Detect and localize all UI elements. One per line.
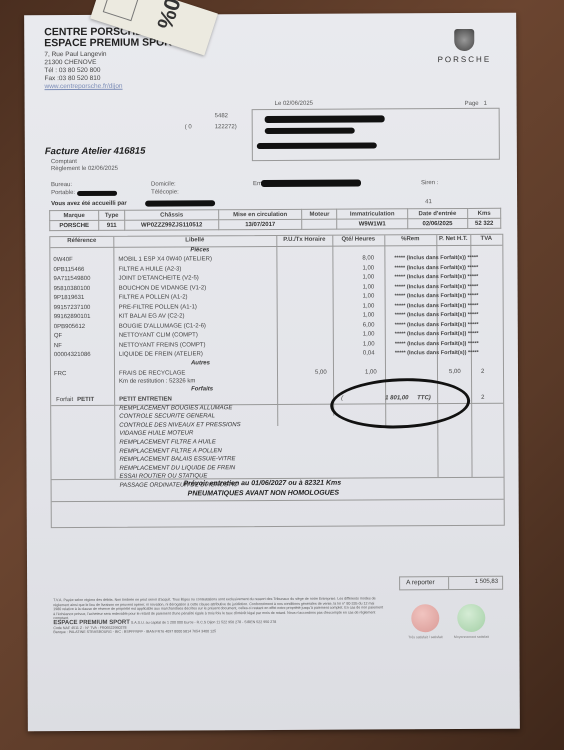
included-note: ***** (Inclus dans Forfait(s)) *****: [395, 312, 479, 318]
included-note: ***** (Inclus dans Forfait(s)) *****: [395, 340, 479, 346]
vehicle-header: Châssis: [125, 210, 219, 220]
vehicle-value: PORSCHE: [50, 220, 99, 230]
client-address-box: [252, 108, 500, 161]
legal-footer: T.V.A. Payée selon régime des débits. No…: [53, 596, 383, 634]
carry-forward-label: A reporter: [406, 579, 435, 586]
vehicle-header: Immatriculation: [337, 209, 407, 219]
part-quantity: 8,00: [362, 255, 374, 261]
legal-bank: Banque : PALATINE STRASBOURG - BIC : BSP…: [53, 629, 383, 635]
column-header: %Rem: [384, 236, 436, 242]
date-label: Le: [275, 101, 282, 107]
happy-face-icon: [457, 604, 485, 632]
part-quantity: 1,00: [363, 341, 375, 347]
unhappy-face-icon: [411, 604, 439, 632]
redaction: [257, 142, 377, 149]
part-reference: 9P1819631: [54, 295, 85, 301]
account-number: 122272): [215, 124, 237, 130]
included-note: ***** (Inclus dans Forfait(s)) *****: [395, 283, 479, 289]
column-header: Qté/ Heures: [332, 236, 384, 242]
redaction: [265, 115, 385, 123]
welcomed-by-label: Vous avez été accueilli par: [51, 201, 127, 207]
lines-header: RéférenceLibelléP.U./Tx HoraireQté/ Heur…: [50, 235, 502, 248]
carry-forward-box: A reporter 1 505,83: [399, 576, 503, 591]
part-reference: 9A711549800: [53, 276, 90, 282]
portable-label: Portable:: [51, 190, 75, 196]
part-reference: 0W40F: [53, 257, 72, 263]
column-header: Libellé: [113, 237, 276, 244]
forfait-detail: CONTROLE DES NIVEAUX ET PRESSIONS: [119, 422, 240, 429]
section-pieces: Pièces: [190, 247, 209, 253]
other-label: FRAIS DE RECYCLAGE: [119, 370, 185, 376]
part-quantity: 1,00: [363, 312, 375, 318]
part-label: BOUGIE D'ALLUMAGE (C1-2-6): [119, 323, 206, 329]
part-label: PRE-FILTRE POLLEN (A1-1): [119, 304, 197, 310]
included-note: ***** (Inclus dans Forfait(s)) *****: [395, 331, 479, 337]
vehicle-value: W9W1W1: [337, 219, 407, 229]
section-forfaits: Forfaits: [191, 386, 213, 392]
unhappy-face-label: Très satisfait / satisfait: [405, 635, 445, 639]
included-note: ***** (Inclus dans Forfait(s)) *****: [394, 264, 478, 270]
invoice-date: Le 02/06/2025: [275, 101, 313, 107]
part-label: NETTOYANT CLIM (COMPT): [119, 332, 198, 338]
vehicle-value: 02/06/2025: [407, 218, 467, 228]
part-reference: 95810380100: [54, 285, 91, 291]
part-reference: 00004321086: [54, 352, 91, 358]
vehicle-value: 13/07/2017: [219, 219, 302, 229]
part-quantity: 1,00: [363, 303, 375, 309]
other-unit-price: 5,00: [315, 369, 327, 375]
forfait-label: PETIT ENTRETIEN: [119, 396, 172, 402]
column-header: P.U./Tx Horaire: [276, 237, 332, 243]
vehicle-header: Type: [99, 210, 125, 220]
redaction: [265, 128, 355, 134]
forfait-detail: VIDANGE HUILE MOTEUR: [119, 431, 193, 437]
payment-date: Règlement le 02/06/2025: [51, 166, 118, 172]
vehicle-value: WP0ZZZ99ZJS110512: [125, 220, 219, 230]
part-quantity: 1,00: [363, 293, 375, 299]
vehicle-header: Kms: [468, 208, 501, 218]
date-value: 02/06/2025: [283, 101, 313, 107]
page-label: Page: [465, 101, 479, 107]
other-quantity: 1,00: [365, 369, 377, 375]
part-reference: 0PB905612: [54, 323, 85, 329]
domicile-label: Domicile:: [151, 182, 176, 188]
redaction: [77, 191, 117, 196]
redaction: [145, 200, 215, 206]
discount-sticker-icon: %0: [152, 0, 187, 33]
bureau-label: Bureau:: [51, 182, 72, 188]
included-note: ***** (Inclus dans Forfait(s)) *****: [395, 293, 479, 299]
company-address: 7, Rue Paul Langevin: [44, 51, 106, 59]
siren-label: Siren :: [421, 180, 438, 186]
column-header: Référence: [50, 238, 113, 244]
page-number: Page 1: [465, 101, 487, 107]
part-reference: 99162890101: [54, 314, 91, 320]
reference-number: 41: [425, 199, 432, 205]
vehicle-header: Mise en circulation: [218, 209, 301, 219]
invoice-page: CENTRE PORSCHE ESPACE PREMIUM SPORT 7, R…: [24, 13, 520, 732]
vehicle-header: Marque: [50, 210, 99, 220]
forfait-detail: CONTROLE SECURITE GENERAL: [119, 413, 215, 420]
legal-text: T.V.A. Payée selon régime des débits. No…: [53, 596, 383, 621]
forfait-detail: REMPLACEMENT DU LIQUIDE DE FREIN: [119, 465, 235, 472]
carry-forward-value: 1 505,83: [475, 579, 498, 585]
part-quantity: 1,00: [362, 265, 374, 271]
company-city: 21300 CHENOVE: [44, 59, 96, 67]
part-label: MOBIL 1 ESP X4 0W40 (ATELIER): [118, 256, 212, 262]
vehicle-value: 911: [99, 220, 125, 230]
part-label: LIQUIDE DE FREIN (ATELIER): [119, 351, 203, 357]
vehicle-header: Moteur: [302, 209, 337, 219]
forfait-detail: REMPLACEMENT BALAIS ESSUIE-VITRE: [119, 456, 235, 463]
account-open: ( 0: [185, 124, 192, 130]
page-value: 1: [484, 101, 487, 107]
forfait-detail: REMPLACEMENT FILTRE A POLLEN: [119, 448, 221, 455]
vehicle-header: Date d'entrée: [407, 208, 467, 218]
column-header: P. Net H.T.: [436, 236, 470, 242]
forfait-tva: 2: [481, 394, 484, 400]
part-quantity: 1,00: [362, 274, 374, 280]
other-reference: FRC: [54, 371, 66, 377]
column-header: TVA: [470, 236, 502, 242]
part-quantity: 0,04: [363, 350, 375, 356]
part-quantity: 1,00: [363, 284, 375, 290]
forfait-detail: REMPLACEMENT BOUGIES ALLUMAGE: [119, 405, 232, 412]
redaction: [261, 180, 361, 188]
other-net: 5,00: [449, 369, 461, 375]
included-note: ***** (Inclus dans Forfait(s)) *****: [394, 255, 478, 261]
part-reference: QF: [54, 333, 62, 339]
legal-company-detail: S.A.S.U. au capital de 1 200 000 Euros -…: [131, 620, 276, 625]
part-quantity: 6,00: [363, 322, 375, 328]
part-label: FILTRE A POLLEN (A1-2): [119, 294, 188, 300]
part-reference: NF: [54, 343, 62, 349]
included-note: ***** (Inclus dans Forfait(s)) *****: [395, 302, 479, 308]
section-autres: Autres: [191, 360, 210, 366]
part-reference: 0PB115466: [53, 266, 84, 272]
part-quantity: 1,00: [363, 331, 375, 337]
payment-type: Comptant: [51, 159, 77, 165]
next-service-note: Prévoir entretien au 01/06/2027 ou à 823…: [184, 480, 342, 488]
porsche-wordmark: PORSCHE: [424, 55, 504, 64]
invoice-title: Facture Atelier 416815: [45, 146, 146, 158]
vehicle-table: MarqueTypeChâssisMise en circulationMote…: [49, 208, 501, 231]
porsche-logo: PORSCHE: [424, 29, 504, 64]
porsche-crest-icon: [454, 29, 474, 51]
company-website-link[interactable]: www.centreporsche.fr/dijon: [44, 83, 122, 91]
forfait-ref-code: PETIT: [77, 396, 94, 402]
forfait-ref-label: Forfait: [56, 397, 73, 403]
part-label: KIT BALAI EG AV (C2-2): [119, 313, 185, 319]
sticker-label: [103, 0, 140, 21]
included-note: ***** (Inclus dans Forfait(s)) *****: [395, 321, 479, 327]
part-label: JOINT D'ETANCHEITE (V2-5): [118, 275, 198, 281]
part-label: NETTOYANT FREINS (COMPT): [119, 342, 206, 348]
vehicle-value: 52 322: [468, 218, 501, 228]
included-note: ***** (Inclus dans Forfait(s)) *****: [394, 274, 478, 280]
forfait-detail: REMPLACEMENT FILTRE A HUILE: [119, 439, 215, 446]
telecopie-label: Télécopie:: [151, 189, 179, 195]
client-code: 5482: [215, 113, 228, 119]
tires-note: PNEUMATIQUES AVANT NON HOMOLOGUES: [188, 490, 339, 498]
happy-face-label: Moyennement satisfait: [451, 635, 491, 639]
included-note: ***** (Inclus dans Forfait(s)) *****: [395, 350, 479, 356]
other-tva: 2: [481, 368, 484, 374]
vehicle-value: [302, 219, 337, 229]
part-label: FILTRE A HUILE (A2-3): [118, 266, 181, 272]
part-label: BOUCHON DE VIDANGE (V1-2): [119, 285, 207, 291]
part-reference: 99157237100: [54, 304, 91, 310]
table-row: 00004321086LIQUIDE DE FREIN (ATELIER)0,0…: [51, 349, 503, 360]
km-note: Km de restitution : 52326 km: [119, 378, 195, 384]
